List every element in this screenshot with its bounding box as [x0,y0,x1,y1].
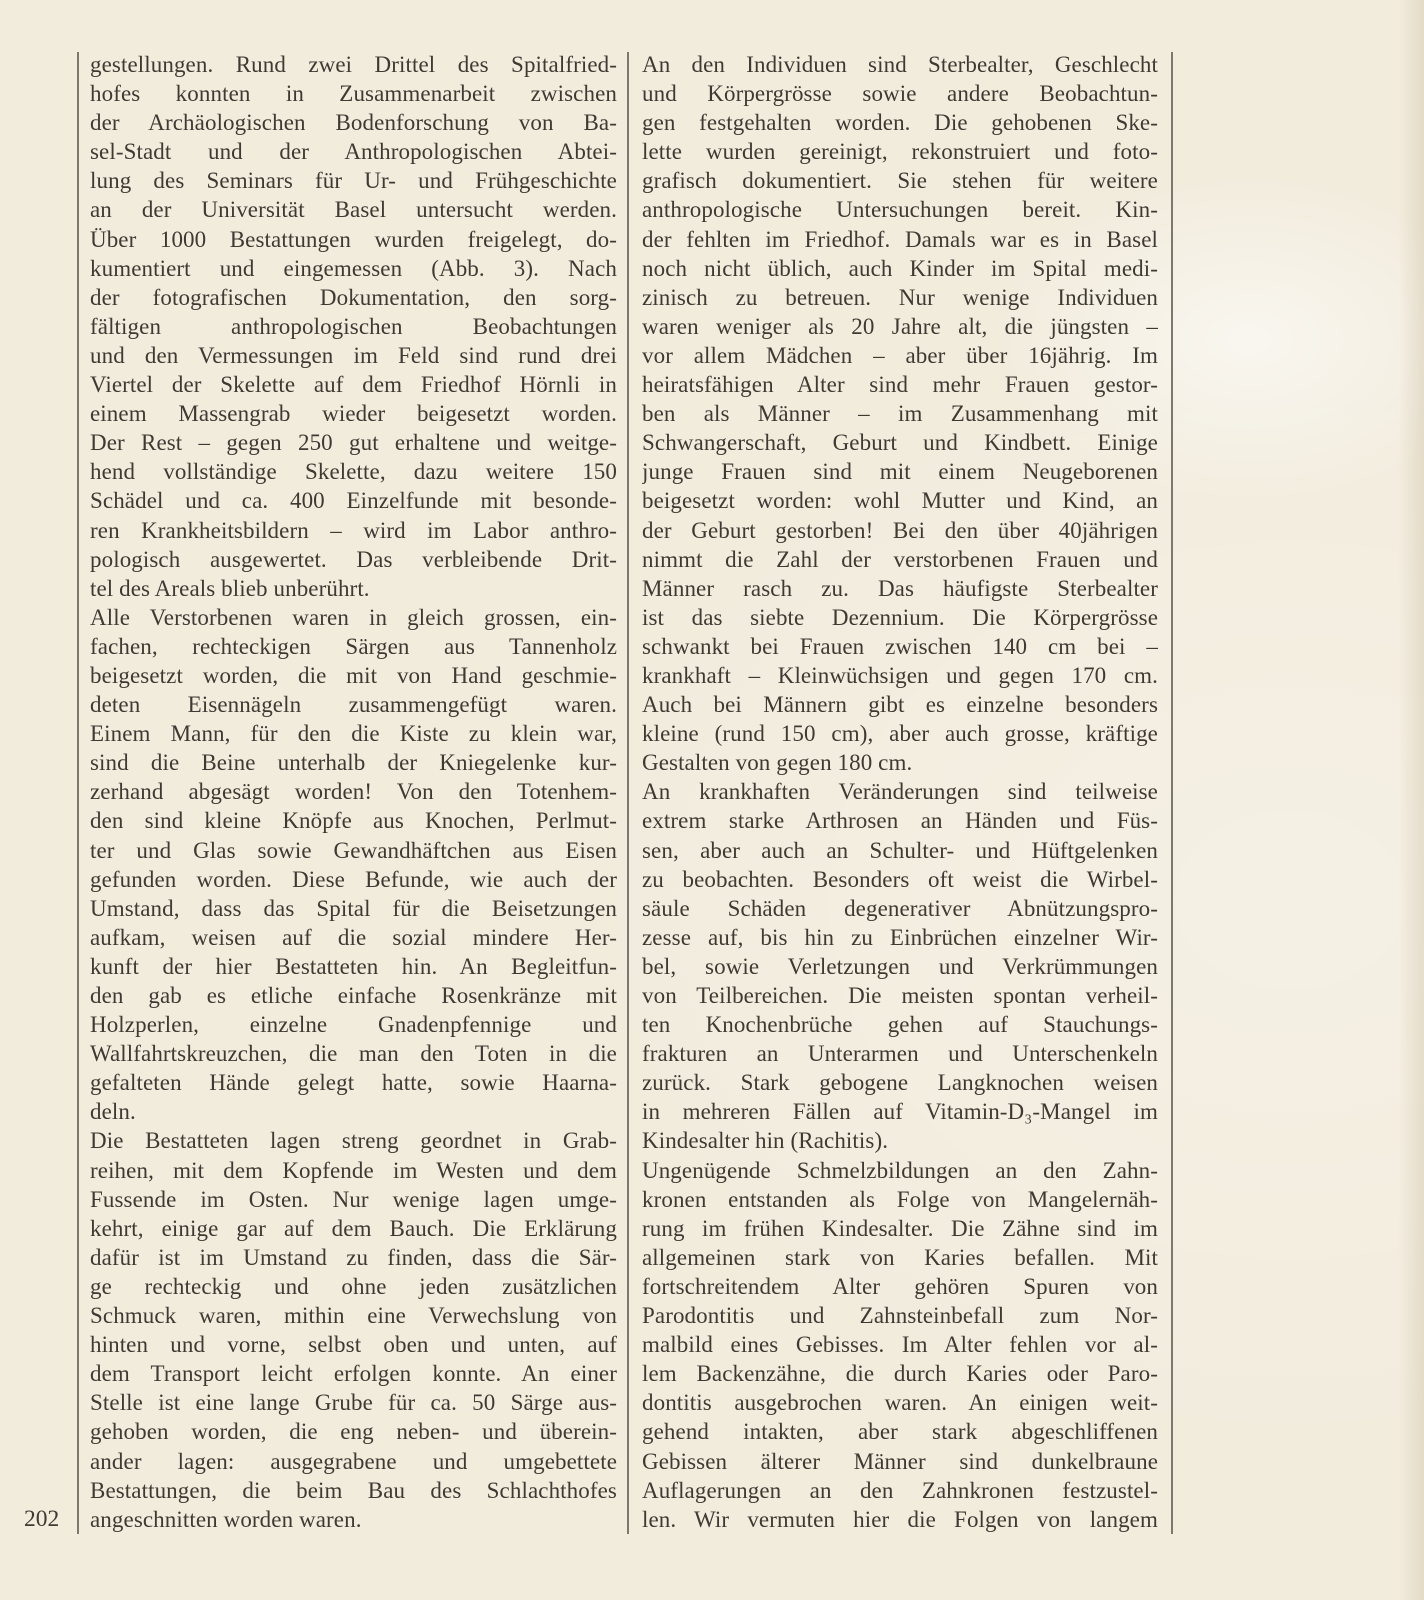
text-line: bel, sowie Verletzungen und Verkrümmunge… [642,952,1158,981]
text-line: der fotografischen Dokumentation, den so… [90,283,617,312]
text-line: lung des Seminars für Ur- und Frühgeschi… [90,166,617,195]
text-line: junge Frauen sind mit einem Neugeborenen [642,457,1158,486]
text-line: noch nicht üblich, auch Kinder im Spital… [642,254,1158,283]
text-line: dem Transport leicht erfolgen konnte. An… [90,1359,617,1388]
text-line: ist das siebte Dezennium. Die Körpergrös… [642,603,1158,632]
text-line: der fehlten im Friedhof. Damals war es i… [642,225,1158,254]
text-line: kunft der hier Bestatteten hin. An Begle… [90,952,617,981]
text-line: len. Wir vermuten hier die Folgen von la… [642,1505,1158,1534]
text-line: Der Rest – gegen 250 gut erhaltene und w… [90,428,617,457]
text-line: Schmuck waren, mithin eine Verwechslung … [90,1301,617,1330]
text-line: ter und Glas sowie Gewandhäftchen aus Ei… [90,836,617,865]
text-line: hend vollständige Skelette, dazu weitere… [90,457,617,486]
text-line: gen festgehalten worden. Die gehobenen S… [642,108,1158,137]
text-line: an der Universität Basel untersucht werd… [90,195,617,224]
text-line: und den Vermessungen im Feld sind rund d… [90,341,617,370]
text-line: hofes konnten in Zusammenarbeit zwischen [90,79,617,108]
text-line: angeschnitten worden waren. [90,1505,617,1534]
text-line: ren Krankheitsbildern – wird im Labor an… [90,516,617,545]
text-line: Einem Mann, für den die Kiste zu klein w… [90,719,617,748]
text-line: Männer rasch zu. Das häufigste Sterbealt… [642,574,1158,603]
text-line: Stelle ist eine lange Grube für ca. 50 S… [90,1388,617,1417]
text-line: heiratsfähigen Alter sind mehr Frauen ge… [642,370,1158,399]
text-line: frakturen an Unterarmen und Unterschenke… [642,1039,1158,1068]
text-line: zinisch zu betreuen. Nur wenige Individu… [642,283,1158,312]
page-number: 202 [24,1505,59,1534]
text-line: Gebissen älterer Männer sind dunkelbraun… [642,1447,1158,1476]
text-line: fortschreitendem Alter gehören Spuren vo… [642,1272,1158,1301]
text-line: gefalteten Hände gelegt hatte, sowie Haa… [90,1068,617,1097]
text-line: grafisch dokumentiert. Sie stehen für we… [642,166,1158,195]
text-line: Wallfahrtskreuzchen, die man den Toten i… [90,1039,617,1068]
left-text-column: gestellungen. Rund zwei Drittel des Spit… [90,50,617,1534]
right-margin-rule [1171,52,1173,1534]
text-line: kehrt, einige gar auf dem Bauch. Die Erk… [90,1214,617,1243]
text-line: extrem starke Arthrosen an Händen und Fü… [642,806,1158,835]
right-text-column: An den Individuen sind Sterbealter, Gesc… [642,50,1158,1534]
text-line: pologisch ausgewertet. Das verbleibende … [90,545,617,574]
text-line: Schwangerschaft, Geburt und Kindbett. Ei… [642,428,1158,457]
text-line: schwankt bei Frauen zwischen 140 cm bei … [642,632,1158,661]
text-line: nimmt die Zahl der verstorbenen Frauen u… [642,545,1158,574]
text-line: gefunden worden. Diese Befunde, wie auch… [90,865,617,894]
text-line: zerhand abgesägt worden! Von den Totenhe… [90,777,617,806]
text-line: dontitis ausgebrochen waren. An einigen … [642,1388,1158,1417]
text-line: kronen entstanden als Folge von Mangeler… [642,1185,1158,1214]
text-line: ge rechteckig und ohne jeden zusätzliche… [90,1272,617,1301]
text-line: beigesetzt worden: wohl Mutter und Kind,… [642,486,1158,515]
text-line: Schädel und ca. 400 Einzelfunde mit beso… [90,486,617,515]
text-line: Umstand, dass das Spital für die Beisetz… [90,894,617,923]
text-line: zu beobachten. Besonders oft weist die W… [642,865,1158,894]
text-line: ben als Männer – im Zusammenhang mit [642,399,1158,428]
column-divider-rule [627,52,629,1534]
text-line: deten Eisennägeln zusammengefügt waren. [90,690,617,719]
text-line: An den Individuen sind Sterbealter, Gesc… [642,50,1158,79]
text-line: gehend intakten, aber stark abgeschliffe… [642,1417,1158,1446]
text-line: kleine (rund 150 cm), aber auch grosse, … [642,719,1158,748]
text-line: Alle Verstorbenen waren in gleich grosse… [90,603,617,632]
text-line: waren weniger als 20 Jahre alt, die jüng… [642,312,1158,341]
text-line: einem Massengrab wieder beigesetzt worde… [90,399,617,428]
text-line: von Teilbereichen. Die meisten spontan v… [642,981,1158,1010]
scanned-book-page: 202 gestellungen. Rund zwei Drittel des … [0,0,1424,1600]
text-line: kumentiert und eingemessen (Abb. 3). Nac… [90,254,617,283]
text-line: anthropologische Untersuchungen bereit. … [642,195,1158,224]
text-line: malbild eines Gebisses. Im Alter fehlen … [642,1330,1158,1359]
text-line: vor allem Mädchen – aber über 16jährig. … [642,341,1158,370]
text-line: zesse auf, bis hin zu Einbrüchen einzeln… [642,923,1158,952]
text-line: Gestalten von gegen 180 cm. [642,748,1158,777]
text-line: reihen, mit dem Kopfende im Westen und d… [90,1156,617,1185]
text-line: sind die Beine unterhalb der Kniegelenke… [90,748,617,777]
text-line: Kindesalter hin (Rachitis). [642,1126,1158,1155]
text-line: sen, aber auch an Schulter- und Hüftgele… [642,836,1158,865]
text-line: fältigen anthropologischen Beobachtungen [90,312,617,341]
text-line: deln. [90,1097,617,1126]
text-line: beigesetzt worden, die mit von Hand gesc… [90,661,617,690]
text-line: Parodontitis und Zahnsteinbefall zum Nor… [642,1301,1158,1330]
text-line: ander lagen: ausgegrabene und umgebettet… [90,1447,617,1476]
text-line: Holzperlen, einzelne Gnadenpfennige und [90,1010,617,1039]
text-line: dafür ist im Umstand zu finden, dass die… [90,1243,617,1272]
text-line: in mehreren Fällen auf Vitamin-D₃-Mangel… [642,1097,1158,1126]
text-line: den sind kleine Knöpfe aus Knochen, Perl… [90,806,617,835]
text-line: sel-Stadt und der Anthropologischen Abte… [90,137,617,166]
text-line: fachen, rechteckigen Särgen aus Tannenho… [90,632,617,661]
text-line: der Geburt gestorben! Bei den über 40jäh… [642,516,1158,545]
text-line: Auflagerungen an den Zahnkronen festzust… [642,1476,1158,1505]
text-line: aufkam, weisen auf die sozial mindere He… [90,923,617,952]
text-line: rung im frühen Kindesalter. Die Zähne si… [642,1214,1158,1243]
text-line: gestellungen. Rund zwei Drittel des Spit… [90,50,617,79]
text-line: tel des Areals blieb unberührt. [90,574,617,603]
text-line: Fussende im Osten. Nur wenige lagen umge… [90,1185,617,1214]
text-line: lem Backenzähne, die durch Karies oder P… [642,1359,1158,1388]
text-line: Die Bestatteten lagen streng geordnet in… [90,1126,617,1155]
text-line: Über 1000 Bestattungen wurden freigelegt… [90,225,617,254]
text-line: allgemeinen stark von Karies befallen. M… [642,1243,1158,1272]
text-line: hinten und vorne, selbst oben und unten,… [90,1330,617,1359]
text-line: lette wurden gereinigt, rekonstruiert un… [642,137,1158,166]
text-line: Bestattungen, die beim Bau des Schlachth… [90,1476,617,1505]
text-line: Auch bei Männern gibt es einzelne besond… [642,690,1158,719]
text-line: zurück. Stark gebogene Langknochen weise… [642,1068,1158,1097]
text-line: säule Schäden degenerativer Abnützungspr… [642,894,1158,923]
text-line: den gab es etliche einfache Rosenkränze … [90,981,617,1010]
text-line: ten Knochenbrüche gehen auf Stauchungs- [642,1010,1158,1039]
text-line: Ungenügende Schmelzbildungen an den Zahn… [642,1156,1158,1185]
text-line: und Körpergrösse sowie andere Beobachtun… [642,79,1158,108]
text-line: der Archäologischen Bodenforschung von B… [90,108,617,137]
margin-rule [77,52,79,1534]
text-line: An krankhaften Veränderungen sind teilwe… [642,777,1158,806]
text-line: gehoben worden, die eng neben- und übere… [90,1417,617,1446]
text-line: Viertel der Skelette auf dem Friedhof Hö… [90,370,617,399]
text-line: krankhaft – Kleinwüchsigen und gegen 170… [642,661,1158,690]
